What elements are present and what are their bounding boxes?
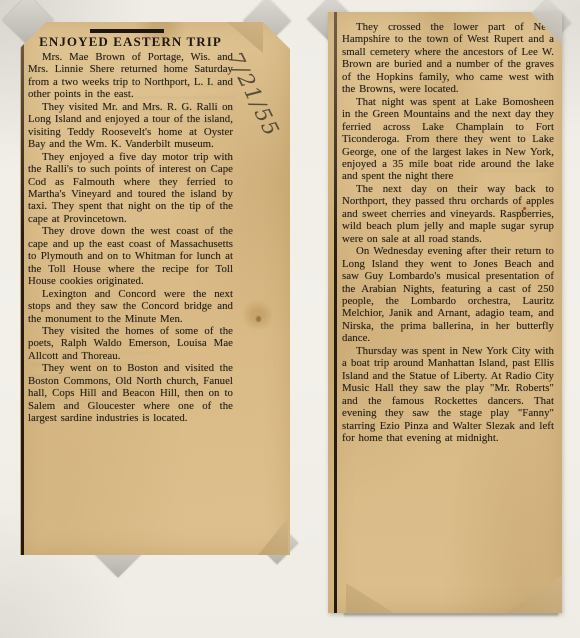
folded-corner [258,518,288,555]
folded-corner [507,575,562,613]
article-paragraph: They drove down the west coast of the ca… [28,225,233,287]
scanned-page: ENJOYED EASTERN TRIP Mrs. Mae Brown of P… [0,0,580,638]
article-paragraph: They crossed the lower part of New Hamps… [342,21,554,96]
article-paragraph: Lexington and Concord were the next stop… [28,288,233,325]
bleed-through-text [478,132,548,172]
article-headline: ENJOYED EASTERN TRIP [28,34,233,50]
column-rule [334,12,337,613]
column-rule [21,22,24,555]
article-paragraph: Thursday was spent in New York City with… [342,345,554,445]
article-paragraph: The next day on their way back to Northp… [342,183,554,245]
bleed-through-text [30,352,160,402]
ink-speck [523,207,526,210]
article-paragraph: They enjoyed a five day motor trip with … [28,151,233,226]
headline-rule [90,29,164,33]
bleed-through-text [115,77,235,123]
folded-corner [346,583,394,613]
article-column: They crossed the lower part of New Hamps… [342,21,554,444]
newspaper-clipping-right: They crossed the lower part of New Hamps… [328,12,562,613]
stain [256,316,261,322]
article-paragraph: On Wednesday evening after their return … [342,245,554,345]
